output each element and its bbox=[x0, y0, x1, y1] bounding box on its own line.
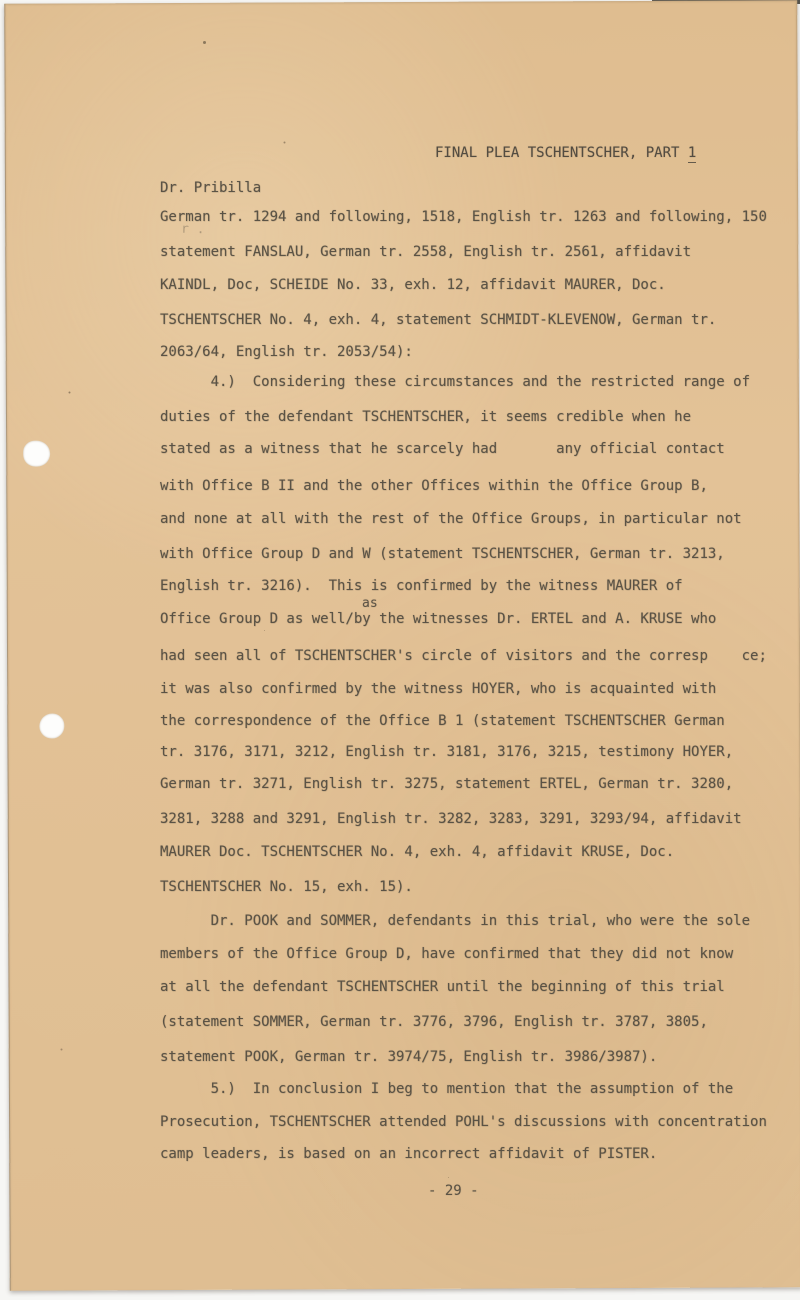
typed-line: TSCHENTSCHER No. 4, exh. 4, statement SC… bbox=[160, 311, 716, 329]
typed-line: statement POOK, German tr. 3974/75, Engl… bbox=[160, 1048, 657, 1066]
page-number: - 29 - bbox=[428, 1183, 479, 1199]
typed-line: 2063/64, English tr. 2053/54): bbox=[160, 343, 413, 361]
typed-line: at all the defendant TSCHENTSCHER until … bbox=[160, 978, 725, 996]
typed-line: and none at all with the rest of the Off… bbox=[160, 510, 742, 528]
typed-line: German tr. 1294 and following, 1518, Eng… bbox=[160, 208, 767, 226]
typed-line: camp leaders, is based on an incorrect a… bbox=[160, 1145, 657, 1163]
typed-line: the correspondence of the Office B 1 (st… bbox=[160, 712, 725, 730]
typed-line: had seen all of TSCHENTSCHER's circle of… bbox=[160, 647, 767, 665]
header-part-number: 1 bbox=[688, 145, 696, 163]
typed-line: English tr. 3216). This is confirmed by … bbox=[160, 577, 683, 595]
typed-line: Prosecution, TSCHENTSCHER attended POHL'… bbox=[160, 1113, 767, 1131]
typed-line: with Office Group D and W (statement TSC… bbox=[160, 545, 725, 563]
typed-line: 4.) Considering these circumstances and … bbox=[160, 373, 750, 391]
typed-line: KAINDL, Doc, SCHEIDE No. 33, exh. 12, af… bbox=[160, 276, 666, 294]
typed-line: tr. 3176, 3171, 3212, English tr. 3181, … bbox=[160, 743, 733, 761]
typed-line: members of the Office Group D, have conf… bbox=[160, 945, 733, 963]
typed-line: it was also confirmed by the witness HOY… bbox=[160, 680, 716, 698]
typed-line: stated as a witness that he scarcely had… bbox=[160, 440, 725, 458]
typed-line: with Office B II and the other Offices w… bbox=[160, 477, 708, 495]
typed-line: statement FANSLAU, German tr. 2558, Engl… bbox=[160, 243, 691, 261]
typed-line: (statement SOMMER, German tr. 3776, 3796… bbox=[160, 1013, 708, 1031]
typed-line: MAURER Doc. TSCHENTSCHER No. 4, exh. 4, … bbox=[160, 843, 674, 861]
header-title: FINAL PLEA TSCHENTSCHER, PART bbox=[435, 145, 688, 161]
typed-line: duties of the defendant TSCHENTSCHER, it… bbox=[160, 408, 691, 426]
typed-line: TSCHENTSCHER No. 15, exh. 15). bbox=[160, 878, 413, 896]
typed-line: Dr. POOK and SOMMER, defendants in this … bbox=[160, 912, 750, 930]
interline-insertion: as bbox=[362, 596, 378, 611]
typed-line: Dr. Pribilla bbox=[160, 179, 261, 197]
typed-text-layer: FINAL PLEA TSCHENTSCHER, PART 1 r . as -… bbox=[0, 0, 800, 1300]
typed-line: 3281, 3288 and 3291, English tr. 3282, 3… bbox=[160, 810, 742, 828]
typed-line: Office Group D as well/by the witnesses … bbox=[160, 610, 716, 628]
typed-line: 5.) In conclusion I beg to mention that … bbox=[160, 1080, 733, 1098]
document-header: FINAL PLEA TSCHENTSCHER, PART 1 bbox=[435, 145, 696, 161]
typed-line: German tr. 3271, English tr. 3275, state… bbox=[160, 775, 733, 793]
